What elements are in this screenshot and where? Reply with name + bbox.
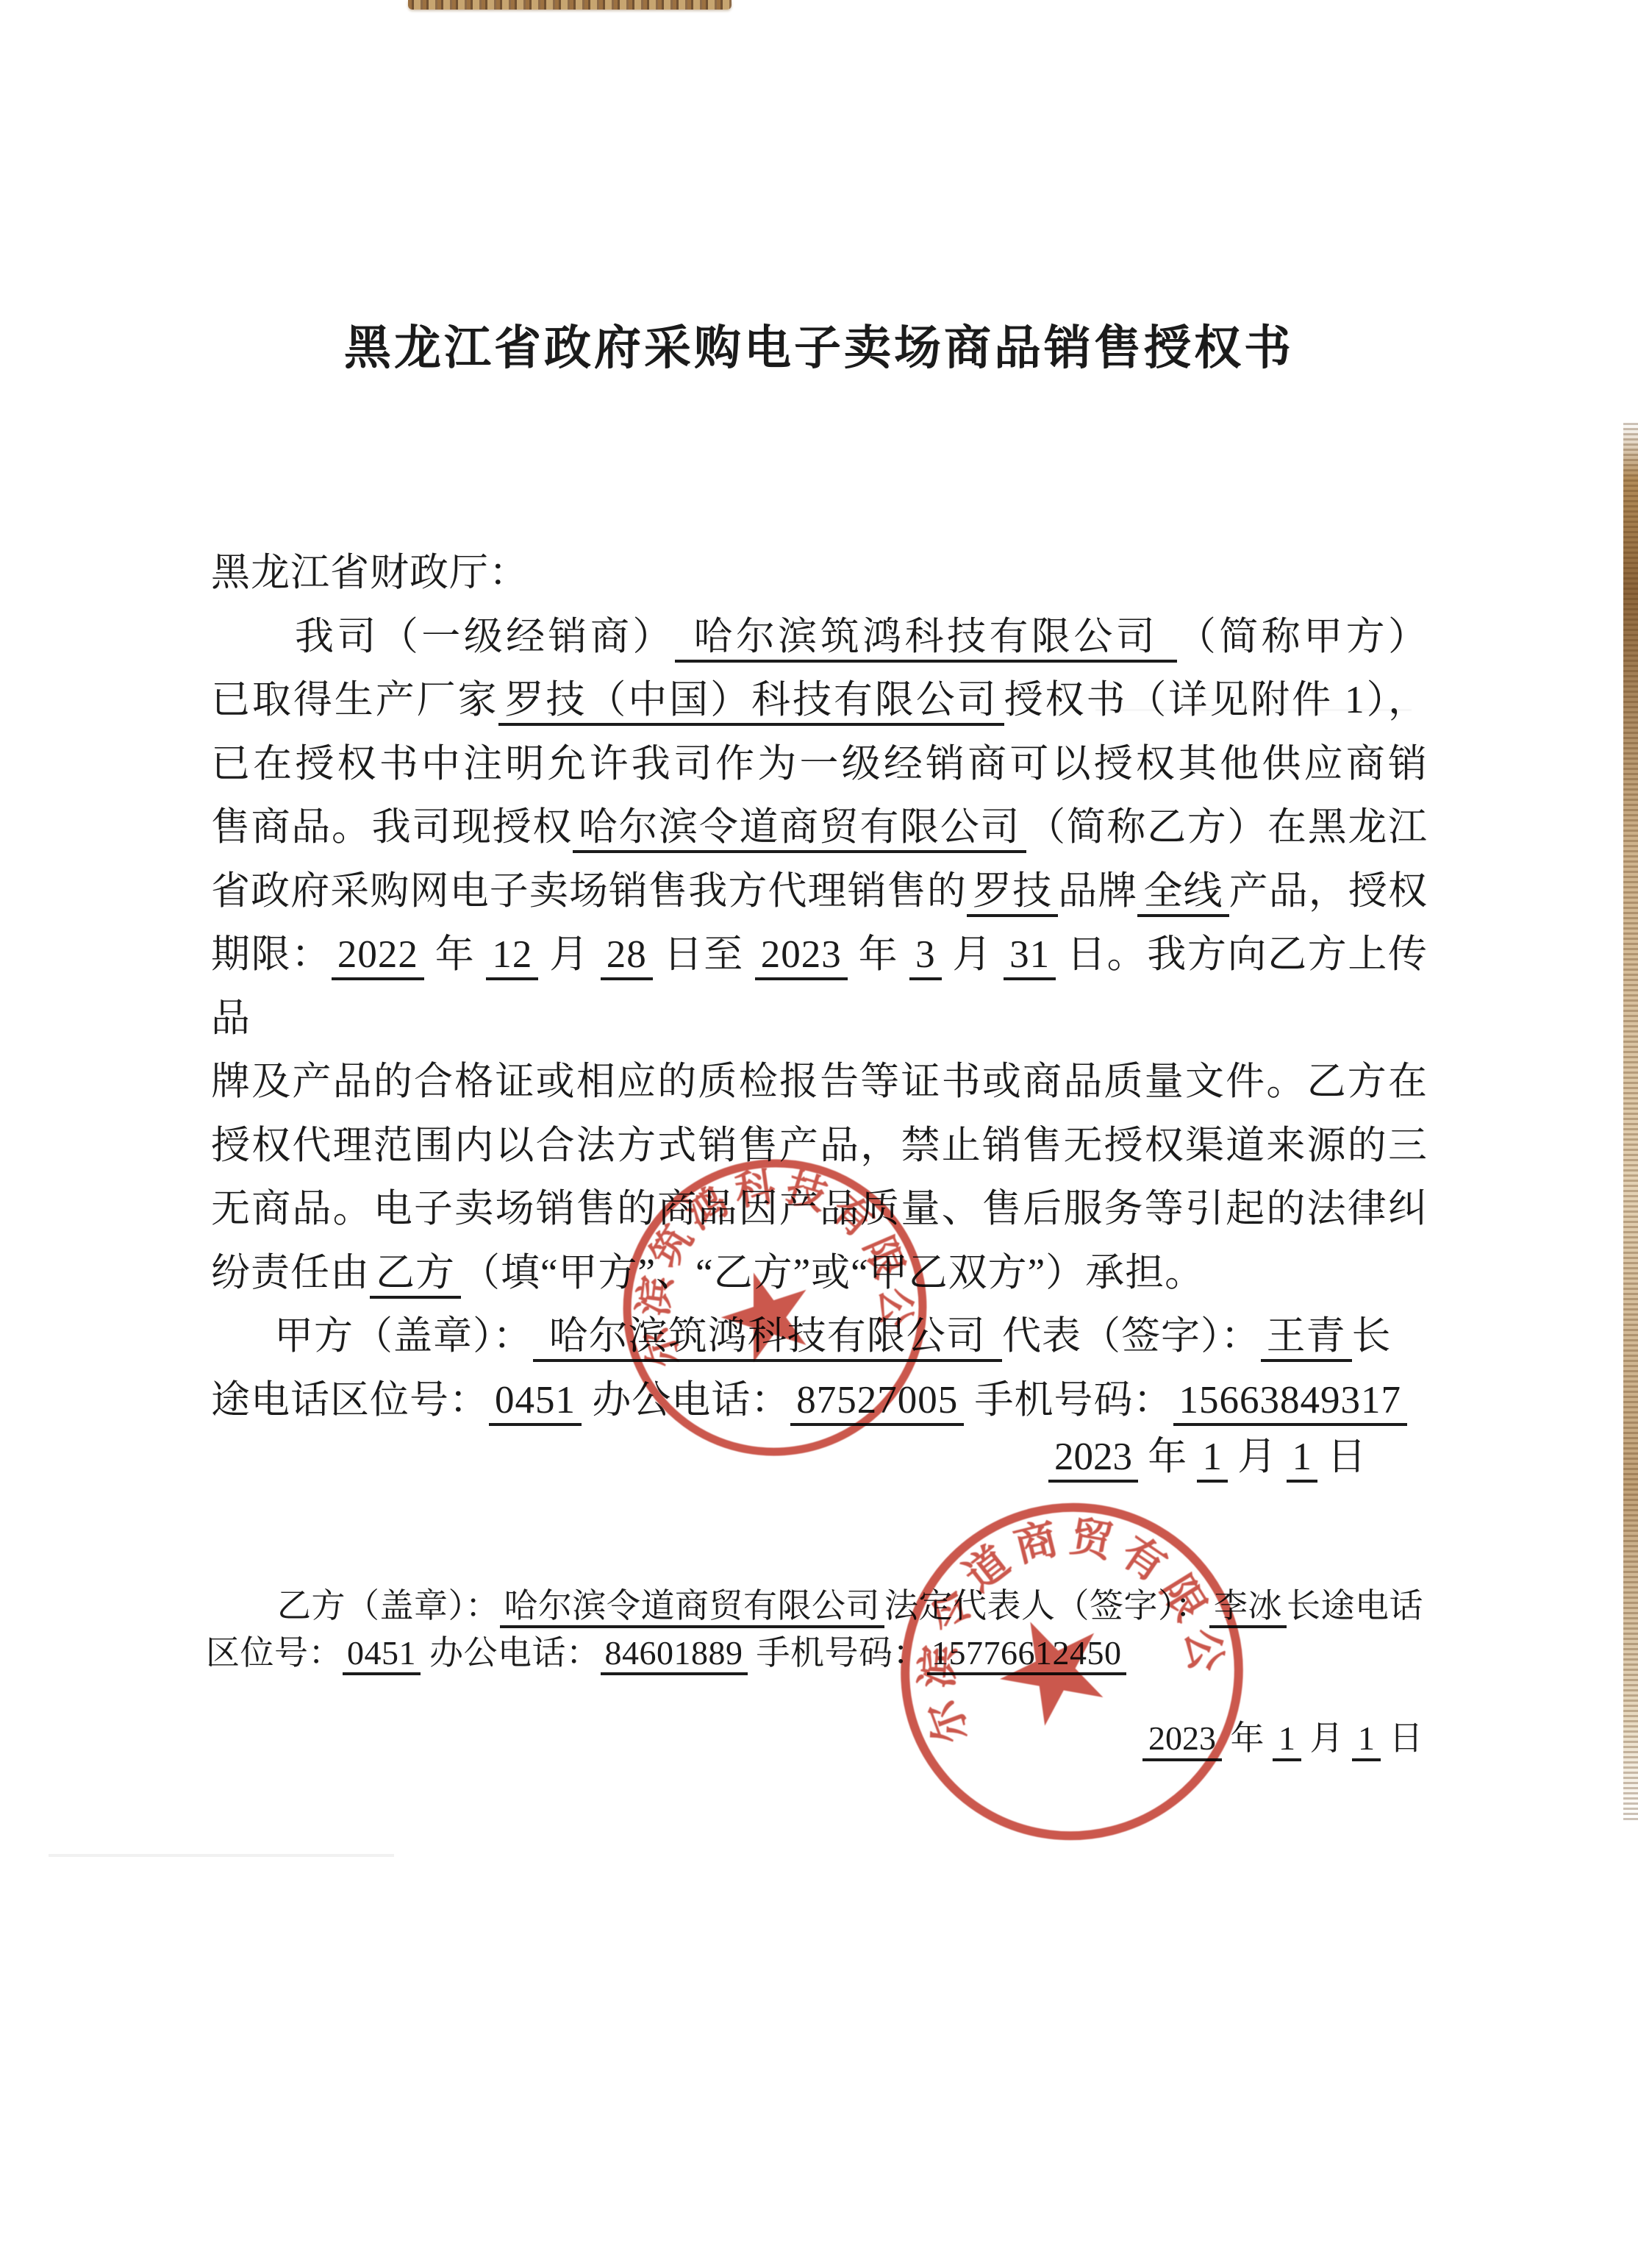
text-segment: 长 [1352, 1315, 1392, 1358]
party-b-signature-line: 乙方（盖章）：哈尔滨令道商贸有限公司法定代表人（签字）：李冰长途电话 [206, 1583, 1456, 1630]
underlined-field: 2022 [332, 933, 424, 980]
underlined-field: 1 [1197, 1436, 1228, 1483]
text-segment: 日 [1317, 1436, 1366, 1478]
body-line: 牌及产品的合格证或相应的质检报告等证书或商品质量文件。乙方在 [211, 1050, 1428, 1114]
text-segment: 产品，授权 [1229, 870, 1428, 913]
underlined-field: 2023 [755, 933, 848, 980]
text-segment: （简称乙方）在黑龙江 [1026, 806, 1428, 849]
underlined-field: 乙方 [370, 1252, 461, 1299]
text-segment: 我司（一级经销商） [295, 616, 675, 658]
text-segment: 月 [1301, 1719, 1352, 1757]
body-line: 已取得生产厂家罗技（中国）科技有限公司授权书（详见附件 1）， [211, 668, 1428, 732]
body-line: 省政府采购网电子卖场销售我方代理销售的罗技品牌全线产品，授权 [211, 860, 1428, 924]
underlined-field: 0451 [343, 1634, 421, 1675]
text-segment: 甲方（盖章）： [274, 1315, 533, 1358]
underlined-field: 罗技 [967, 870, 1058, 917]
scan-artifact-top-edge [408, 0, 732, 10]
underlined-field: 1 [1273, 1719, 1301, 1761]
party-b-contact-line: 区位号：0451 办公电话：84601889 手机号码：15776612450 [206, 1630, 1456, 1677]
text-segment: 期限： [211, 933, 332, 976]
underlined-field: 31 [1004, 933, 1056, 980]
underlined-field: 哈尔滨令道商贸有限公司 [500, 1587, 885, 1628]
party-b-company-seal: 哈尔滨令道商贸有限公司 [895, 1499, 1248, 1844]
party-b-section: 乙方（盖章）：哈尔滨令道商贸有限公司法定代表人（签字）：李冰长途电话 区位号：0… [206, 1583, 1456, 1677]
underlined-field: 15663849317 [1173, 1379, 1408, 1426]
text-segment: 年 [1138, 1436, 1197, 1478]
text-segment: 区位号： [206, 1634, 343, 1672]
underlined-field: 3 [909, 933, 942, 980]
text-segment: 年 [424, 933, 486, 976]
underlined-field: 1 [1287, 1436, 1318, 1483]
text-segment: 日 [1381, 1719, 1423, 1757]
underlined-field: 1 [1352, 1719, 1381, 1761]
body-line: 售商品。我司现授权哈尔滨令道商贸有限公司（简称乙方）在黑龙江 [211, 796, 1428, 860]
text-segment: 品牌 [1058, 870, 1137, 913]
party-a-company-seal: 哈尔滨筑鸿科技有限公司 [613, 1153, 937, 1462]
text-segment: （简称甲方） [1177, 616, 1428, 658]
text-segment: 纷责任由 [211, 1252, 370, 1294]
document-title: 黑龙江省政府采购电子卖场商品销售授权书 [0, 322, 1638, 374]
text-segment: 月 [538, 933, 600, 976]
seal-company-text: 哈尔滨令道商贸有限公司 [895, 1499, 1237, 1761]
text-segment: 乙方（盖章）： [277, 1587, 500, 1625]
underlined-field: 0451 [489, 1379, 582, 1426]
text-segment: 代表（签字）： [1002, 1315, 1261, 1358]
scan-artifact-right-edge [1623, 423, 1638, 1820]
text-segment: 办公电话： [421, 1634, 601, 1672]
underlined-field: 王青 [1261, 1315, 1352, 1362]
text-segment: 月 [942, 933, 1004, 976]
text-segment: 已取得生产厂家 [211, 679, 498, 721]
underlined-field: 全线 [1137, 870, 1228, 917]
text-segment: 牌及产品的合格证或相应的质检报告等证书或商品质量文件。乙方在 [211, 1060, 1428, 1103]
party-a-date: 2023 年 1 月 1 日 [1048, 1435, 1366, 1479]
salutation-line: 黑龙江省财政厅： [211, 541, 1428, 605]
scan-streak [49, 1854, 394, 1857]
underlined-field: 2023 [1048, 1436, 1138, 1483]
text-segment: 售商品。我司现授权 [211, 806, 573, 849]
text-segment: 手机号码： [964, 1379, 1173, 1422]
underlined-field: 28 [601, 933, 653, 980]
underlined-field: 哈尔滨筑鸿科技有限公司 [675, 616, 1177, 663]
underlined-field: 哈尔滨令道商贸有限公司 [573, 806, 1026, 853]
star-icon [983, 1599, 1121, 1734]
text-segment: 长途电话 [1287, 1587, 1423, 1625]
underlined-field: 84601889 [601, 1634, 748, 1675]
text-segment: 黑龙江省财政厅： [211, 552, 529, 594]
text-segment: 月 [1228, 1436, 1287, 1478]
body-line: 已在授权书中注明允许我司作为一级经销商可以授权其他供应商销 [211, 732, 1428, 796]
star-icon [711, 1259, 823, 1368]
underlined-field: 罗技（中国）科技有限公司 [498, 679, 1004, 726]
body-line-auth-period: 期限：2022 年 12 月 28 日至 2023 年 3 月 31 日。我方向… [211, 923, 1428, 1050]
text-segment: 日至 [653, 933, 755, 976]
seal-company-text: 哈尔滨筑鸿科技有限公司 [613, 1153, 923, 1380]
text-segment: 途电话区位号： [211, 1379, 489, 1422]
body-line: 我司（一级经销商） 哈尔滨筑鸿科技有限公司 （简称甲方） [211, 605, 1428, 669]
scanned-authorization-letter-page: 黑龙江省政府采购电子卖场商品销售授权书 黑龙江省财政厅： 我司（一级经销商） 哈… [0, 0, 1638, 2268]
text-segment: 授权书（详见附件 1）， [1004, 679, 1428, 721]
text-segment: 省政府采购网电子卖场销售我方代理销售的 [211, 870, 967, 913]
underlined-field: 12 [486, 933, 538, 980]
text-segment: 已在授权书中注明允许我司作为一级经销商可以授权其他供应商销 [211, 743, 1428, 785]
text-segment: 年 [848, 933, 909, 976]
